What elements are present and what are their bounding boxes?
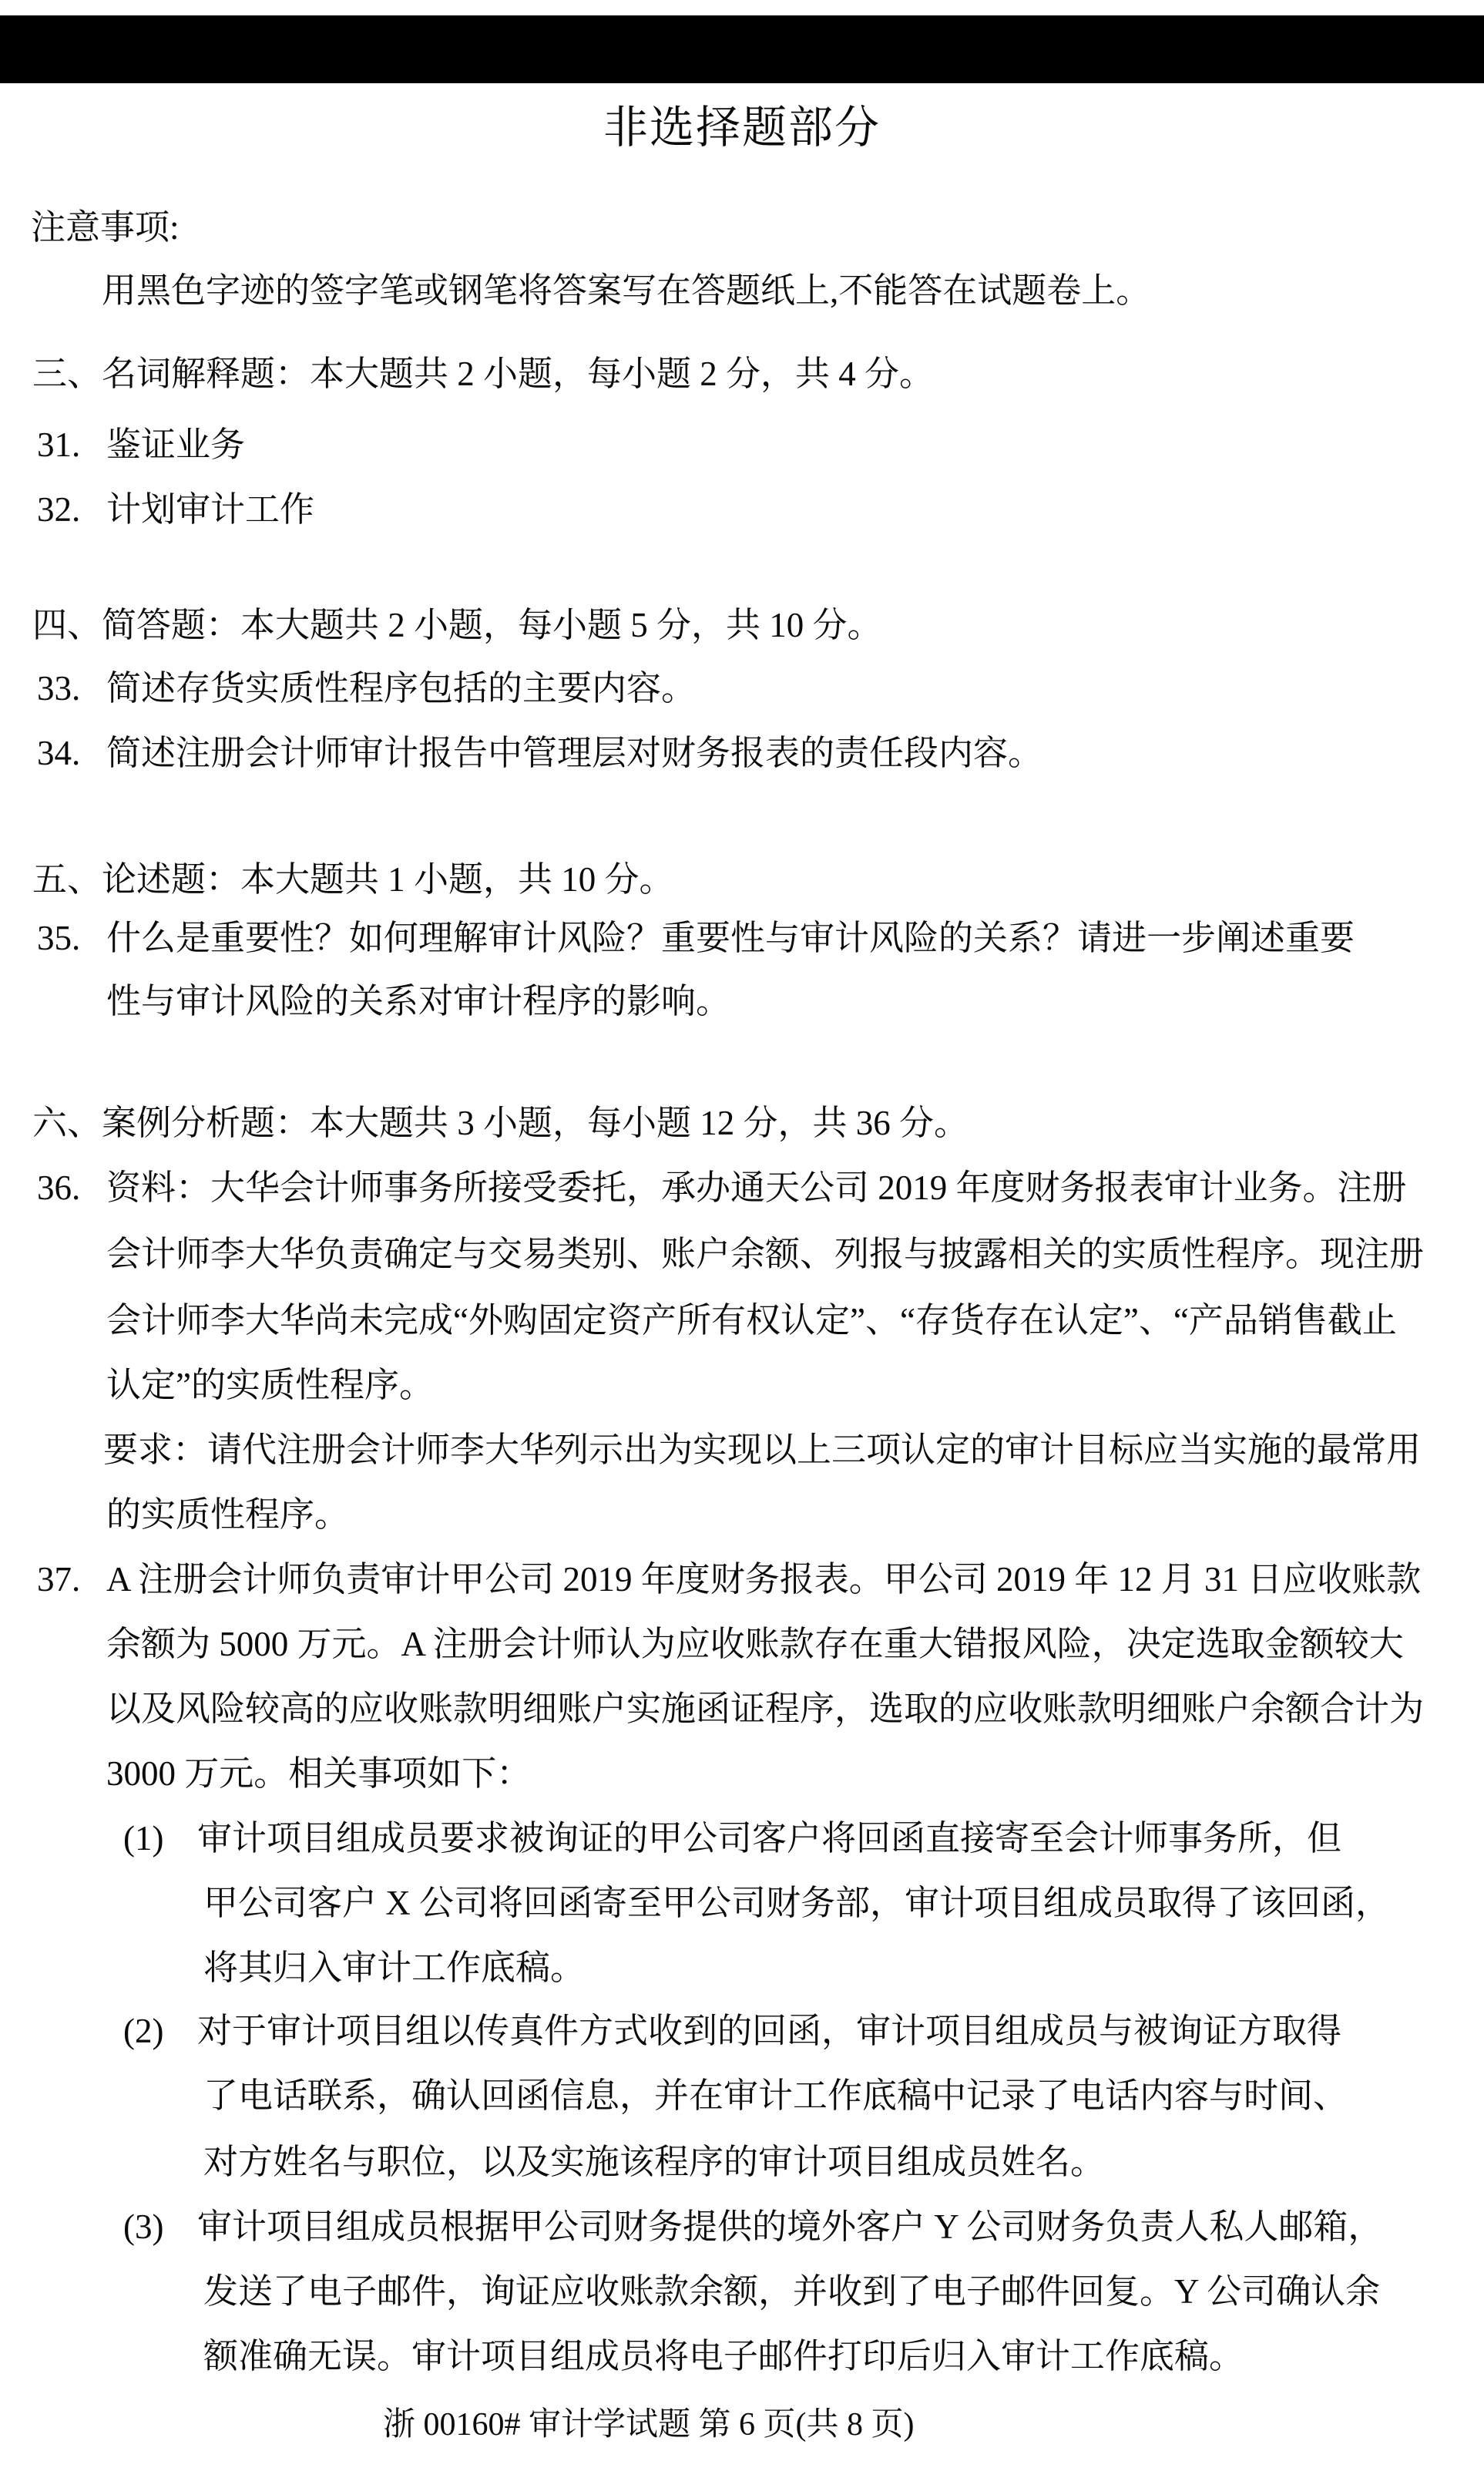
item-3-line-3: 额准确无误。审计项目组成员将电子邮件打印后归入审计工作底稿。 (203, 2337, 1244, 2377)
question-37-marker: 37. (37, 1560, 80, 1600)
question-37-line-3: 以及风险较高的应收账款明细账户实施函证程序，选取的应收账款明细账户余额合计为 (106, 1689, 1424, 1730)
item-1-line-1: 审计项目组成员要求被询证的甲公司客户将回函直接寄至会计师事务所，但 (197, 1819, 1341, 1859)
item-1-marker: (1) (123, 1819, 163, 1859)
item-1-line-3: 将其归入审计工作底稿。 (203, 1948, 585, 1989)
question-36-line-1: 资料：大华会计师事务所接受委托，承办通天公司 2019 年度财务报表审计业务。注… (106, 1168, 1407, 1209)
notice-body: 用黑色字迹的签字笔或钢笔将答案写在答题纸上,不能答在试题卷上。 (102, 271, 1150, 311)
item-3-line-1: 审计项目组成员根据甲公司财务提供的境外客户 Y 公司财务负责人私人邮箱， (197, 2207, 1382, 2248)
redaction-bar (0, 15, 1484, 83)
item-3-line-2: 发送了电子邮件，询证应收账款余额，并收到了电子邮件回复。Y 公司确认余 (203, 2272, 1380, 2312)
question-31-marker: 31. (37, 425, 80, 466)
item-2-marker: (2) (123, 2012, 163, 2052)
question-35-line-1: 什么是重要性？如何理解审计风险？重要性与审计风险的关系？请进一步阐述重要 (106, 919, 1355, 959)
question-36-line-4: 认定”的实质性程序。 (106, 1366, 434, 1406)
item-2-line-2: 了电话联系，确认回函信息，并在审计工作底稿中记录了电话内容与时间、 (203, 2076, 1348, 2116)
exam-paper-page: 非选择题部分 注意事项: 用黑色字迹的签字笔或钢笔将答案写在答题纸上,不能答在试… (0, 0, 1484, 2488)
section-6-heading: 六、案例分析题：本大题共 3 小题，每小题 12 分，共 36 分。 (32, 1104, 969, 1144)
question-36-line-3: 会计师李大华尚未完成“外购固定资产所有权认定”、“存货存在认定”、“产品销售截止 (106, 1301, 1397, 1341)
question-35-line-2: 性与审计风险的关系对审计程序的影响。 (106, 982, 730, 1022)
item-2-line-1: 对于审计项目组以传真件方式收到的回函，审计项目组成员与被询证方取得 (197, 2012, 1341, 2052)
item-2-line-3: 对方姓名与职位，以及实施该程序的审计项目组成员姓名。 (203, 2143, 1105, 2183)
question-36-marker: 36. (37, 1168, 80, 1209)
item-3-marker: (3) (123, 2207, 163, 2248)
question-33-marker: 33. (37, 669, 80, 709)
question-31-text: 鉴证业务 (106, 425, 245, 466)
notice-heading: 注意事项: (31, 208, 180, 248)
page-title: 非选择题部分 (0, 103, 1484, 153)
question-35-marker: 35. (37, 919, 80, 959)
question-32-text: 计划审计工作 (106, 490, 314, 530)
section-3-heading: 三、名词解释题：本大题共 2 小题，每小题 2 分，共 4 分。 (32, 355, 934, 395)
question-36-line-2: 会计师李大华负责确定与交易类别、账户余额、列报与披露相关的实质性程序。现注册 (106, 1235, 1424, 1275)
item-1-line-2: 甲公司客户 X 公司将回函寄至甲公司财务部，审计项目组成员取得了该回函， (203, 1884, 1390, 1924)
question-33-text: 简述存货实质性程序包括的主要内容。 (106, 669, 696, 709)
footer-page-label: 浙 00160# 审计学试题 第 6 页(共 8 页) (383, 2406, 914, 2443)
question-34-marker: 34. (37, 734, 80, 774)
question-32-marker: 32. (37, 490, 80, 530)
section-4-heading: 四、简答题：本大题共 2 小题，每小题 5 分，共 10 分。 (32, 606, 882, 646)
question-36-line-5: 要求：请代注册会计师李大华列示出为实现以上三项认定的审计目标应当实施的最常用 (103, 1431, 1421, 1471)
question-36-line-6: 的实质性程序。 (106, 1495, 349, 1535)
question-34-text: 简述注册会计师审计报告中管理层对财务报表的责任段内容。 (106, 734, 1042, 774)
section-5-heading: 五、论述题：本大题共 1 小题，共 10 分。 (32, 860, 674, 900)
question-37-line-2: 余额为 5000 万元。A 注册会计师认为应收账款存在重大错报风险，决定选取金额… (106, 1625, 1404, 1665)
question-37-line-1: A 注册会计师负责审计甲公司 2019 年度财务报表。甲公司 2019 年 12… (106, 1560, 1421, 1600)
question-37-line-4: 3000 万元。相关事项如下： (106, 1754, 531, 1794)
